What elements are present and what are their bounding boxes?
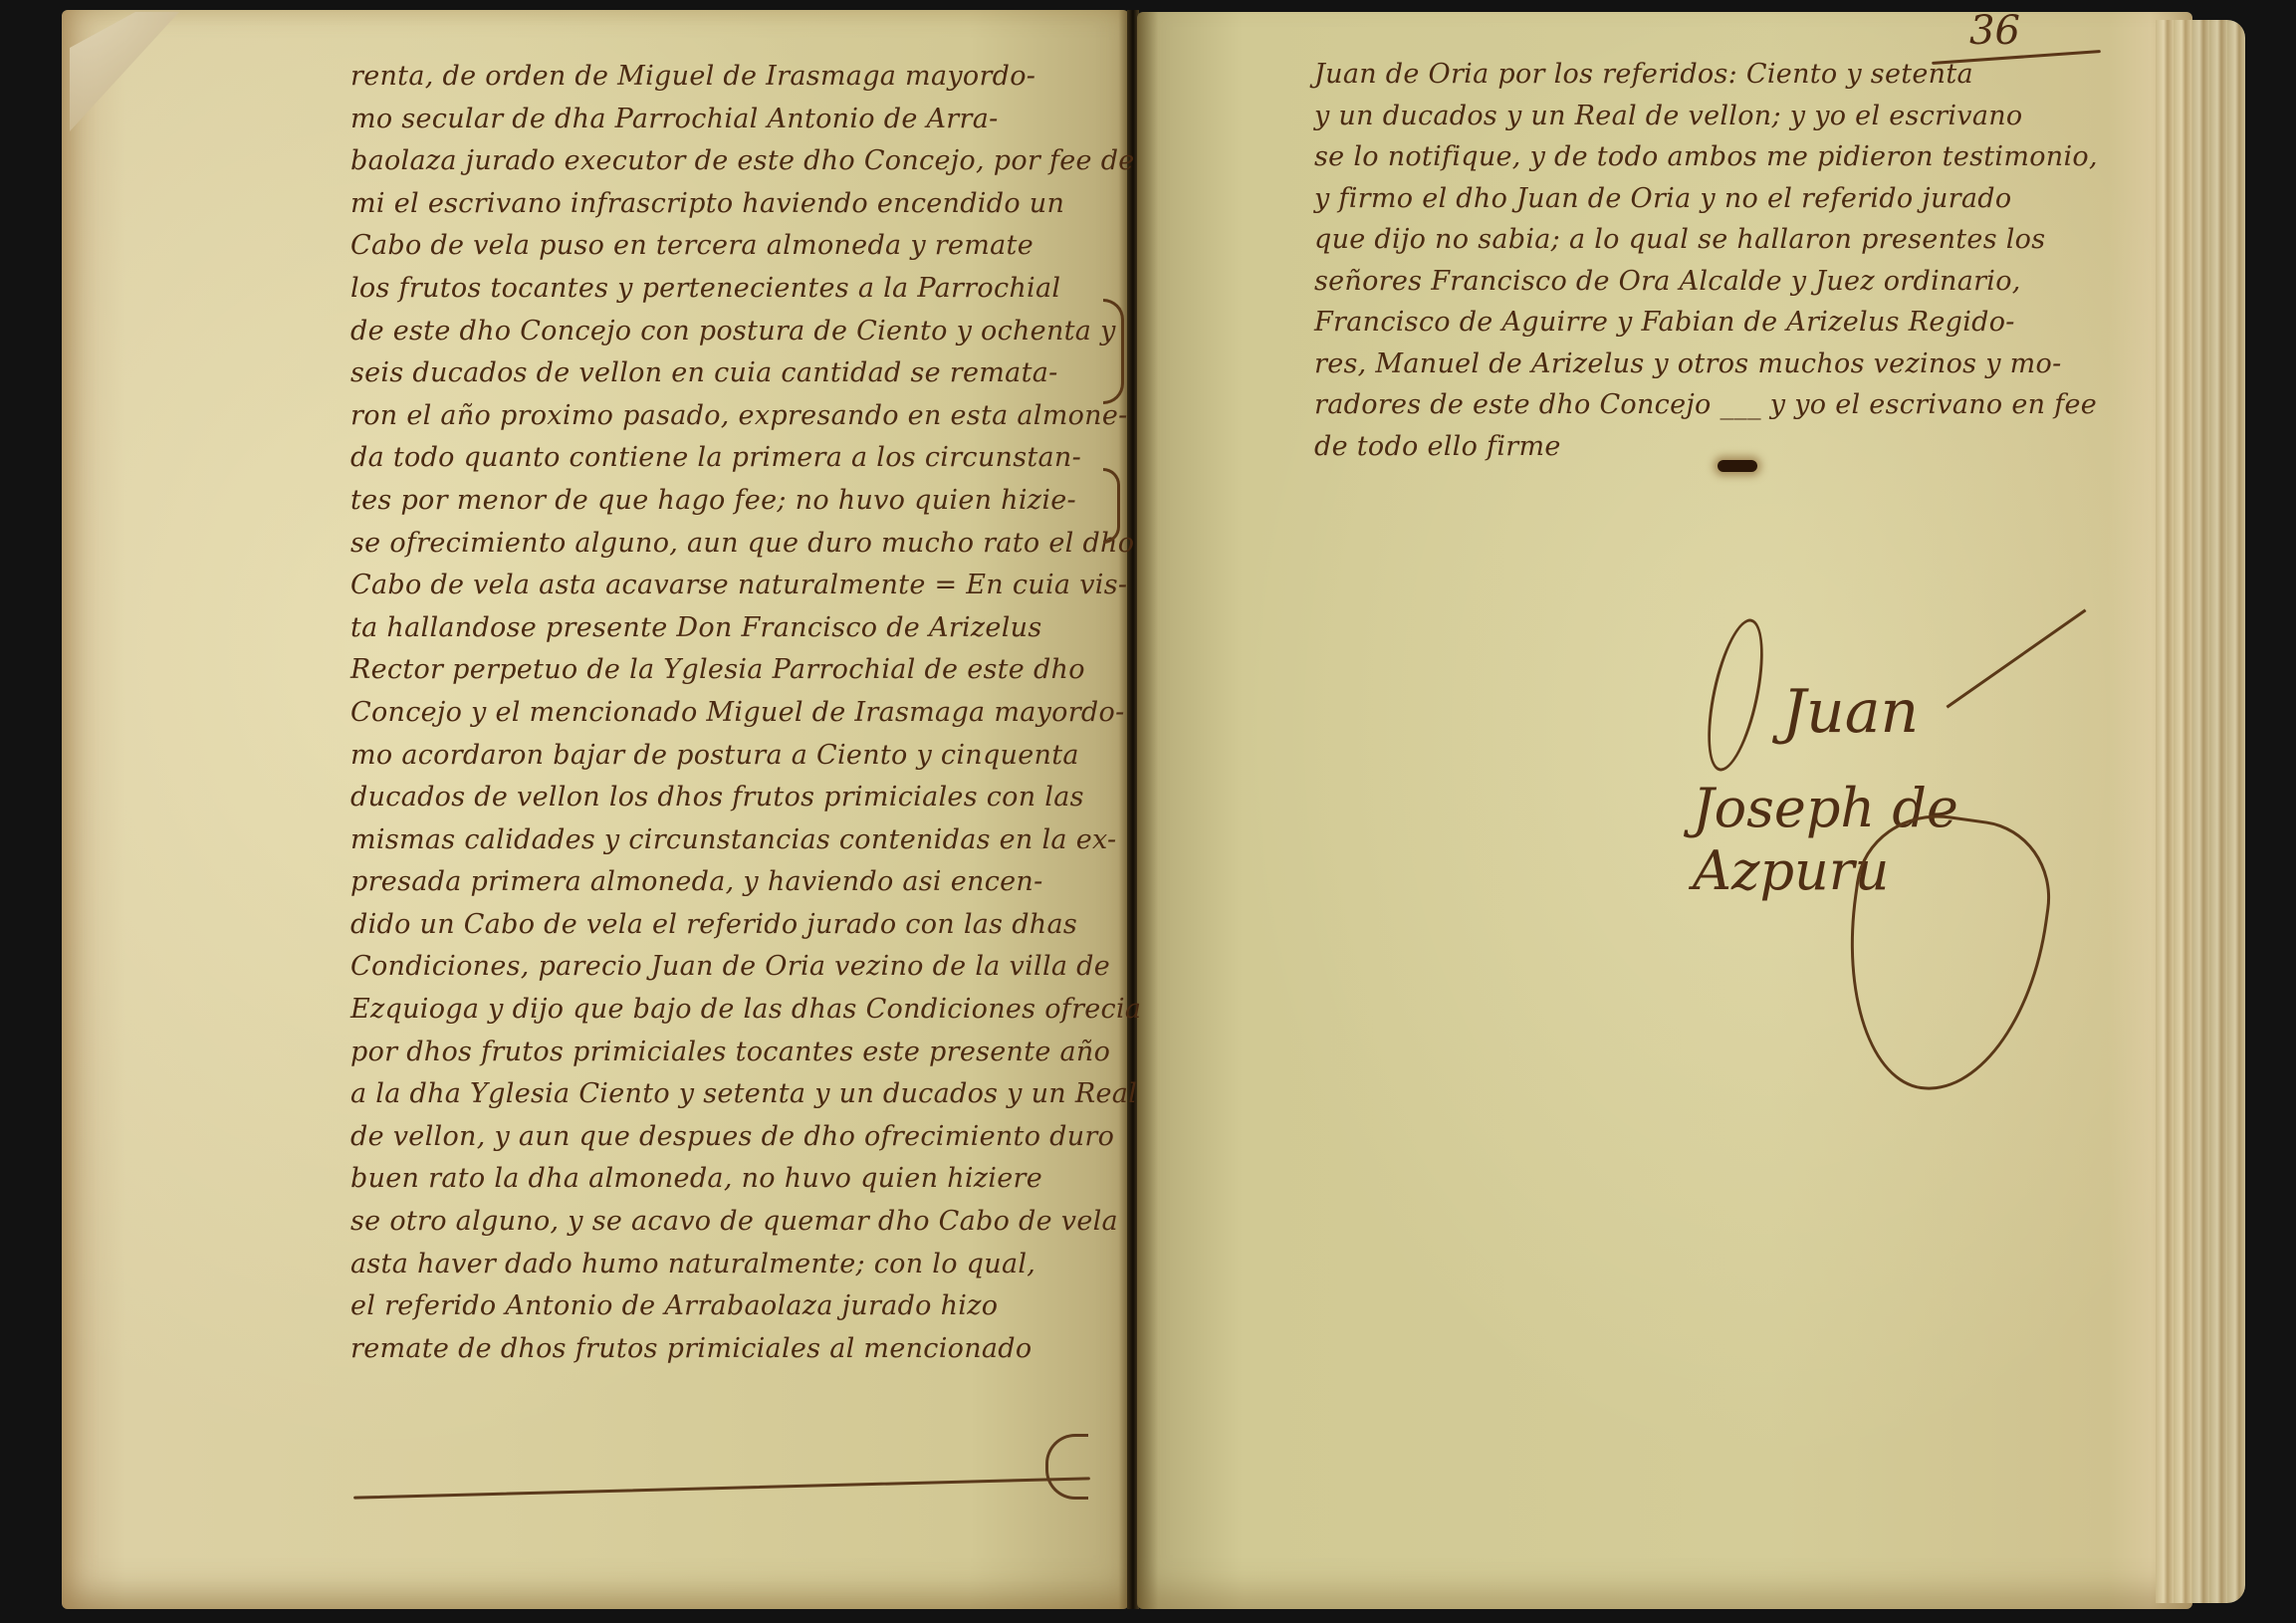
page-edges	[2156, 20, 2245, 1603]
text-line: buen rato la dha almoneda, no huvo quien…	[350, 1158, 1117, 1201]
text-line: de vellon, y aun que despues de dho ofre…	[350, 1116, 1117, 1159]
text-line: mo acordaron bajar de postura a Ciento y…	[350, 735, 1117, 778]
text-line: mo secular de dha Parrochial Antonio de …	[350, 99, 1117, 141]
text-line: ducados de vellon los dhos frutos primic…	[350, 777, 1117, 819]
text-line: ron el año proximo pasado, expresando en…	[350, 395, 1117, 438]
text-line: asta haver dado humo naturalmente; con l…	[350, 1244, 1117, 1286]
text-line: Juan de Oria por los referidos: Ciento y…	[1314, 54, 2141, 96]
text-line: Condiciones, parecio Juan de Oria vezino…	[350, 946, 1117, 989]
text-line: de este dho Concejo con postura de Cient…	[350, 311, 1117, 353]
text-line: se otro alguno, y se acavo de quemar dho…	[350, 1201, 1117, 1244]
text-line: el referido Antonio de Arrabaolaza jurad…	[350, 1285, 1117, 1328]
right-page-text: Juan de Oria por los referidos: Ciento y…	[1314, 54, 2141, 467]
text-line: y firmo el dho Juan de Oria y no el refe…	[1314, 178, 2141, 220]
text-line: señores Francisco de Ora Alcalde y Juez …	[1314, 261, 2141, 303]
folio-number: 36	[1969, 8, 2020, 54]
text-line: remate de dhos frutos primiciales al men…	[350, 1328, 1117, 1371]
text-line: Concejo y el mencionado Miguel de Irasma…	[350, 692, 1117, 735]
text-line: los frutos tocantes y pertenecientes a l…	[350, 268, 1117, 311]
left-page-text: renta, de orden de Miguel de Irasmaga ma…	[350, 56, 1117, 1370]
text-line: renta, de orden de Miguel de Irasmaga ma…	[350, 56, 1117, 99]
signature-block: Juan Joseph de Azpuru	[1673, 597, 2151, 1095]
text-line: mismas calidades y circunstancias conten…	[350, 819, 1117, 862]
text-line: Ezquioga y dijo que bajo de las dhas Con…	[350, 989, 1117, 1032]
text-line: mi el escrivano infrascripto haviendo en…	[350, 183, 1117, 226]
text-line: dido un Cabo de vela el referido jurado …	[350, 904, 1117, 947]
text-line: Francisco de Aguirre y Fabian de Arizelu…	[1314, 302, 2141, 344]
text-line: presada primera almoneda, y haviendo asi…	[350, 861, 1117, 904]
margin-bracket	[1103, 468, 1120, 544]
text-line: Cabo de vela puso en tercera almoneda y …	[350, 225, 1117, 268]
text-line: ta hallandose presente Don Francisco de …	[350, 607, 1117, 650]
text-line: radores de este dho Concejo ___ y yo el …	[1314, 384, 2141, 426]
text-line: Cabo de vela asta acavarse naturalmente …	[350, 565, 1117, 607]
text-line: se ofrecimiento alguno, aun que duro muc…	[350, 523, 1117, 566]
signature-flourish	[1697, 614, 1773, 776]
text-line: res, Manuel de Arizelus y otros muchos v…	[1314, 344, 2141, 385]
text-line: que dijo no sabia; a lo qual se hallaron…	[1314, 219, 2141, 261]
text-line: tes por menor de que hago fee; no huvo q…	[350, 480, 1117, 523]
text-line: y un ducados y un Real de vellon; y yo e…	[1314, 96, 2141, 137]
margin-bracket	[1103, 299, 1124, 404]
text-line: seis ducados de vellon en cuia cantidad …	[350, 352, 1117, 395]
signature-stroke	[1947, 609, 2087, 709]
text-line: Rector perpetuo de la Yglesia Parrochial…	[350, 649, 1117, 692]
text-line: se lo notifique, y de todo ambos me pidi…	[1314, 136, 2141, 178]
signature-line-1: Juan	[1782, 677, 1919, 747]
text-line: a la dha Yglesia Ciento y setenta y un d…	[350, 1073, 1117, 1116]
text-line: baolaza jurado executor de este dho Conc…	[350, 140, 1117, 183]
ink-blot	[1718, 460, 1757, 472]
text-line: por dhos frutos primiciales tocantes est…	[350, 1032, 1117, 1074]
text-line: da todo quanto contiene la primera a los…	[350, 437, 1117, 480]
